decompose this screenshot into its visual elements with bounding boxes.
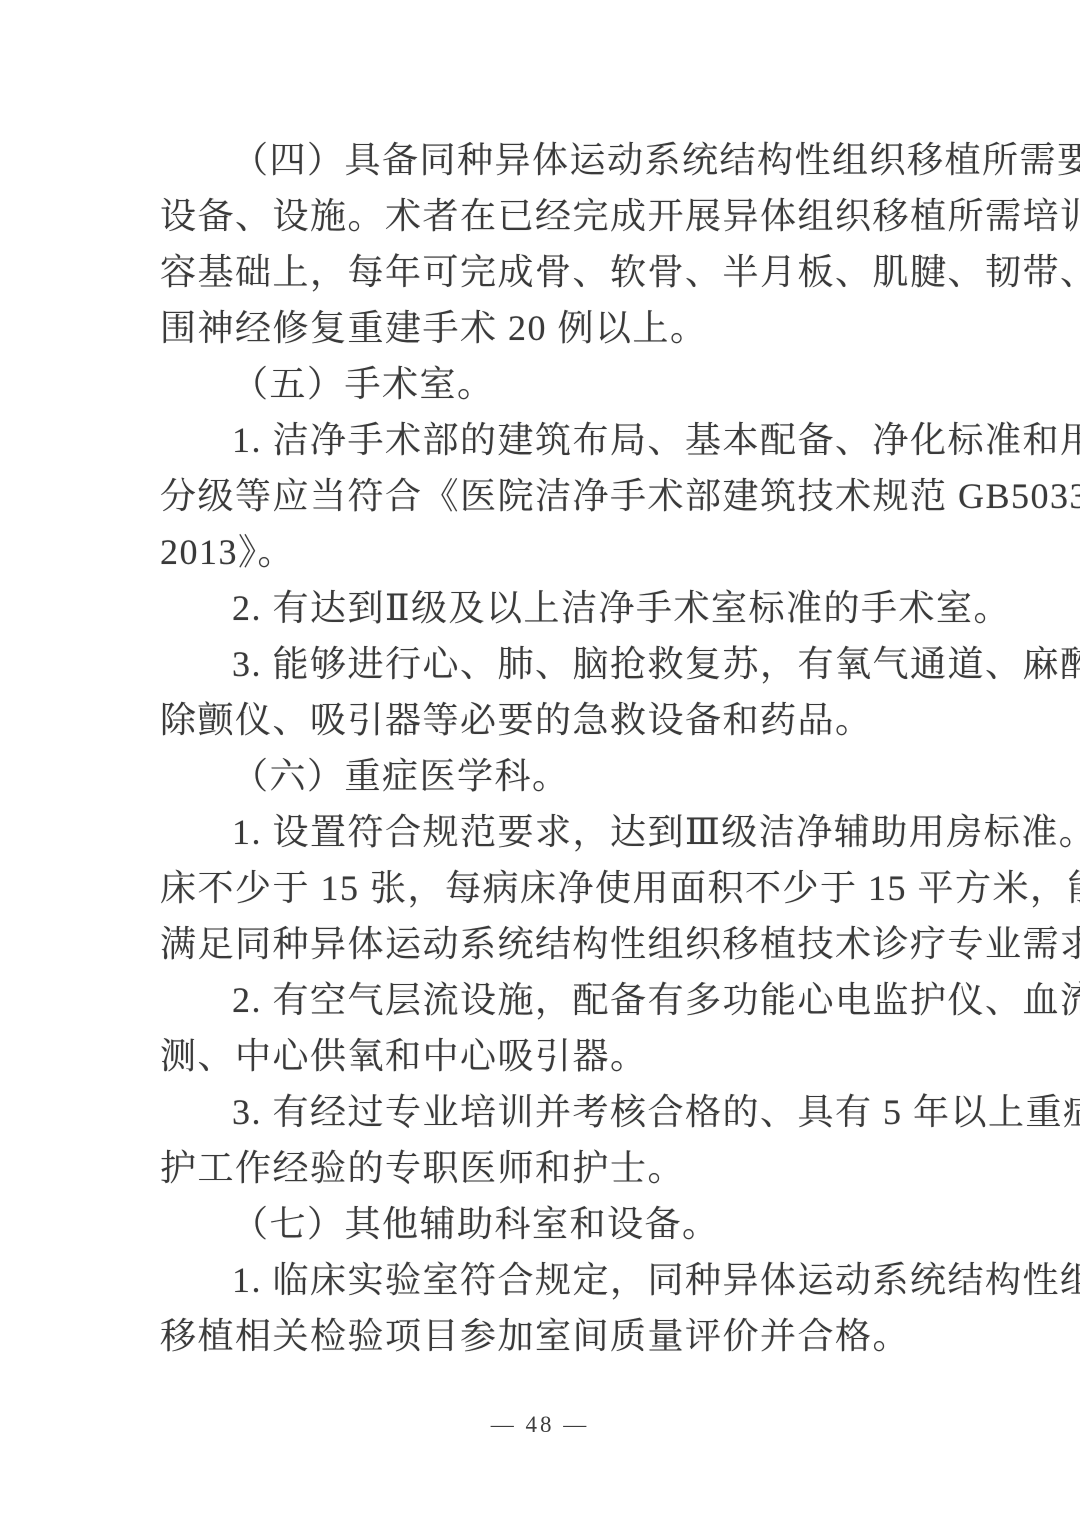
text-line: （七）其他辅助科室和设备。 [160,1196,920,1252]
text-line: 1. 临床实验室符合规定，同种异体运动系统结构性组织 [160,1252,920,1308]
text-line: 分级等应当符合《医院洁净手术部建筑技术规范 GB50333— [160,468,920,524]
paragraph-section-7-item-1: 1. 临床实验室符合规定，同种异体运动系统结构性组织 移植相关检验项目参加室间质… [160,1252,920,1364]
text-line: 除颤仪、吸引器等必要的急救设备和药品。 [160,692,920,748]
paragraph-section-5-heading: （五）手术室。 [160,356,920,412]
document-body: （四）具备同种异体运动系统结构性组织移植所需要的 设备、设施。术者在已经完成开展… [160,132,920,1364]
paragraph-section-6-item-1: 1. 设置符合规范要求，达到Ⅲ级洁净辅助用房标准。病 床不少于 15 张，每病床… [160,804,920,972]
paragraph-section-5-item-3: 3. 能够进行心、肺、脑抢救复苏，有氧气通道、麻醉机、 除颤仪、吸引器等必要的急… [160,636,920,748]
text-line: 床不少于 15 张，每病床净使用面积不少于 15 平方米，能够 [160,860,920,916]
paragraph-section-5-item-2: 2. 有达到Ⅱ级及以上洁净手术室标准的手术室。 [160,580,920,636]
text-line: 3. 有经过专业培训并考核合格的、具有 5 年以上重症监 [160,1084,920,1140]
paragraph-section-6-heading: （六）重症医学科。 [160,748,920,804]
text-line: 测、中心供氧和中心吸引器。 [160,1028,920,1084]
text-line: 1. 洁净手术部的建筑布局、基本配备、净化标准和用房 [160,412,920,468]
text-line: 满足同种异体运动系统结构性组织移植技术诊疗专业需求。 [160,916,920,972]
text-line: 2. 有达到Ⅱ级及以上洁净手术室标准的手术室。 [160,580,920,636]
text-line: 容基础上，每年可完成骨、软骨、半月板、肌腱、韧带、周 [160,244,920,300]
text-line: 1. 设置符合规范要求，达到Ⅲ级洁净辅助用房标准。病 [160,804,920,860]
text-line: 移植相关检验项目参加室间质量评价并合格。 [160,1308,920,1364]
document-page: （四）具备同种异体运动系统结构性组织移植所需要的 设备、设施。术者在已经完成开展… [0,0,1080,1526]
text-line: 3. 能够进行心、肺、脑抢救复苏，有氧气通道、麻醉机、 [160,636,920,692]
paragraph-section-5-item-1: 1. 洁净手术部的建筑布局、基本配备、净化标准和用房 分级等应当符合《医院洁净手… [160,412,920,580]
page-number: — 48 — [0,1408,1080,1442]
paragraph-section-4-equipment: （四）具备同种异体运动系统结构性组织移植所需要的 设备、设施。术者在已经完成开展… [160,132,920,356]
text-line: （五）手术室。 [160,356,920,412]
text-line: 2013》。 [160,524,920,580]
text-line: 2. 有空气层流设施，配备有多功能心电监护仪、血流监 [160,972,920,1028]
text-line: （六）重症医学科。 [160,748,920,804]
paragraph-section-6-item-3: 3. 有经过专业培训并考核合格的、具有 5 年以上重症监 护工作经验的专职医师和… [160,1084,920,1196]
text-line: （四）具备同种异体运动系统结构性组织移植所需要的 [160,132,920,188]
text-line: 围神经修复重建手术 20 例以上。 [160,300,920,356]
text-line: 设备、设施。术者在已经完成开展异体组织移植所需培训内 [160,188,920,244]
text-line: 护工作经验的专职医师和护士。 [160,1140,920,1196]
paragraph-section-6-item-2: 2. 有空气层流设施，配备有多功能心电监护仪、血流监 测、中心供氧和中心吸引器。 [160,972,920,1084]
paragraph-section-7-heading: （七）其他辅助科室和设备。 [160,1196,920,1252]
